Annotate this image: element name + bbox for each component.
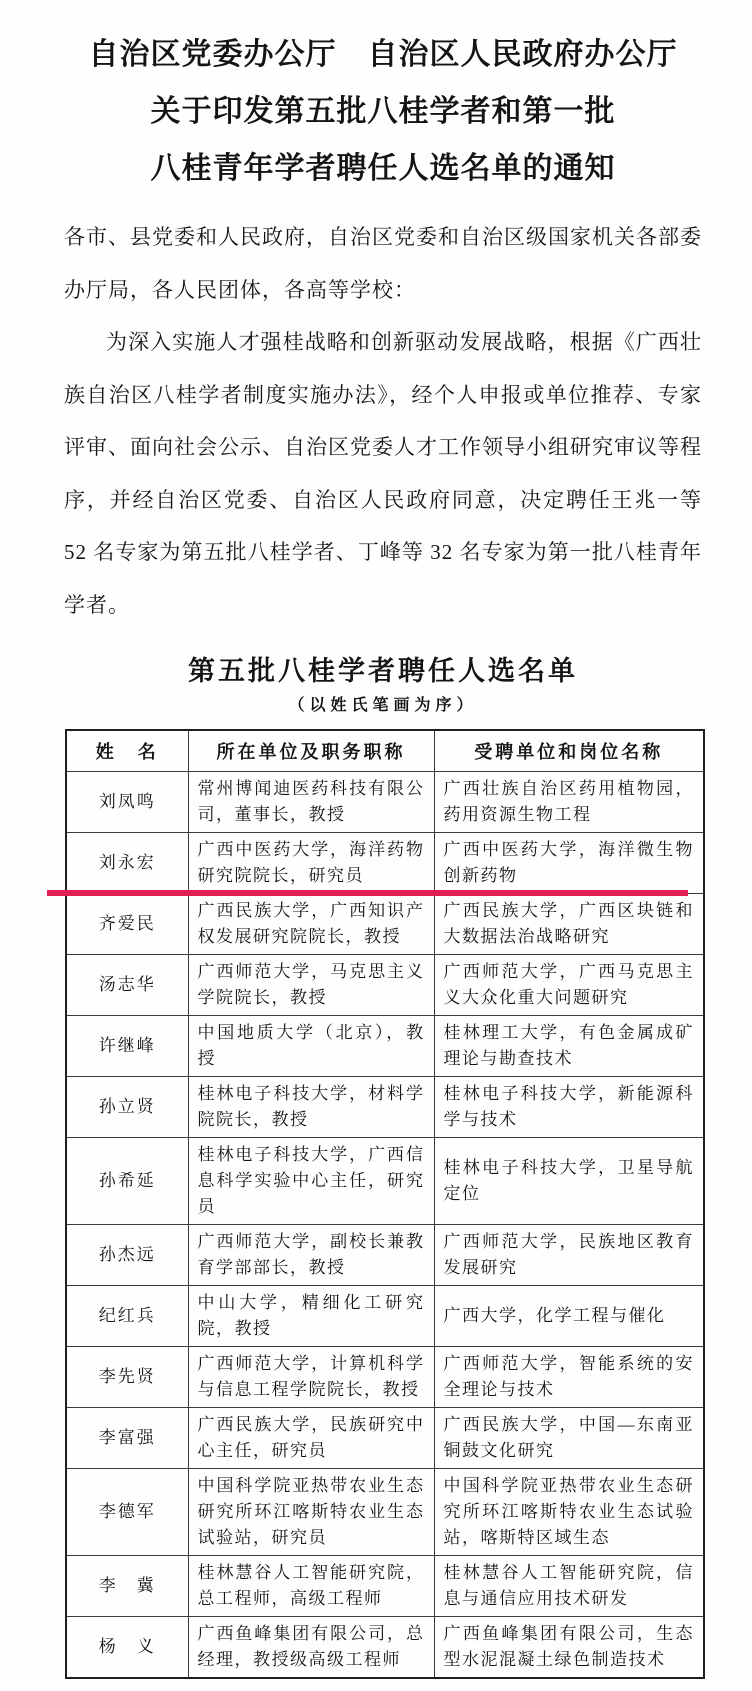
cell-unit: 常州博闻迪医药科技有限公司，董事长，教授 bbox=[188, 772, 434, 833]
table-row: 杨 义 广西鱼峰集团有限公司，总经理，教授级高级工程师 广西鱼峰集团有限公司，生… bbox=[66, 1617, 704, 1679]
document-page: 自治区党委办公厅 自治区人民政府办公厅 关于印发第五批八桂学者和第一批 八桂青年… bbox=[0, 0, 752, 1691]
cell-unit: 桂林电子科技大学，材料学院院长，教授 bbox=[188, 1077, 434, 1138]
cell-name: 李 冀 bbox=[66, 1556, 188, 1617]
cell-unit: 中山大学，精细化工研究院，教授 bbox=[188, 1286, 434, 1347]
cell-name: 孙立贤 bbox=[66, 1077, 188, 1138]
table-row: 刘凤鸣 常州博闻迪医药科技有限公司，董事长，教授 广西壮族自治区药用植物园，药用… bbox=[66, 772, 704, 833]
cell-name: 刘永宏 bbox=[66, 833, 188, 894]
salutation-paragraph: 各市、县党委和人民政府，自治区党委和自治区级国家机关各部委办厅局，各人民团体，各… bbox=[64, 211, 702, 316]
cell-post: 广西鱼峰集团有限公司，生态型水泥混凝土绿色制造技术 bbox=[434, 1617, 704, 1679]
cell-unit: 桂林电子科技大学，广西信息科学实验中心主任，研究员 bbox=[188, 1138, 434, 1225]
document-title: 自治区党委办公厅 自治区人民政府办公厅 关于印发第五批八桂学者和第一批 八桂青年… bbox=[64, 26, 702, 197]
cell-post: 桂林电子科技大学，卫星导航定位 bbox=[434, 1138, 704, 1225]
table-body: 刘凤鸣 常州博闻迪医药科技有限公司，董事长，教授 广西壮族自治区药用植物园，药用… bbox=[66, 772, 704, 1679]
cell-name: 孙杰远 bbox=[66, 1225, 188, 1286]
cell-post: 广西大学，化学工程与催化 bbox=[434, 1286, 704, 1347]
cell-name: 李富强 bbox=[66, 1408, 188, 1469]
main-paragraph: 为深入实施人才强桂战略和创新驱动发展战略，根据《广西壮族自治区八桂学者制度实施办… bbox=[64, 316, 702, 631]
roster-table-wrap: 姓 名 所在单位及职务职称 受聘单位和岗位名称 刘凤鸣 常州博闻迪医药科技有限公… bbox=[65, 729, 702, 1679]
cell-unit: 广西民族大学，广西知识产权发展研究院院长，教授 bbox=[188, 894, 434, 955]
table-row: 李先贤 广西师范大学，计算机科学与信息工程学院院长，教授 广西师范大学，智能系统… bbox=[66, 1347, 704, 1408]
cell-unit: 广西师范大学，马克思主义学院院长，教授 bbox=[188, 955, 434, 1016]
table-row: 李富强 广西民族大学，民族研究中心主任，研究员 广西民族大学，中国—东南亚铜鼓文… bbox=[66, 1408, 704, 1469]
table-row: 汤志华 广西师范大学，马克思主义学院院长，教授 广西师范大学，广西马克思主义大众… bbox=[66, 955, 704, 1016]
table-row: 孙杰远 广西师范大学，副校长兼教育学部部长，教授 广西师范大学，民族地区教育发展… bbox=[66, 1225, 704, 1286]
cell-name: 杨 义 bbox=[66, 1617, 188, 1679]
document-body: 各市、县党委和人民政府，自治区党委和自治区级国家机关各部委办厅局，各人民团体，各… bbox=[64, 211, 702, 631]
cell-name: 纪红兵 bbox=[66, 1286, 188, 1347]
table-row: 齐爱民 广西民族大学，广西知识产权发展研究院院长，教授 广西民族大学，广西区块链… bbox=[66, 894, 704, 955]
col-header-post: 受聘单位和岗位名称 bbox=[434, 730, 704, 772]
table-header-row: 姓 名 所在单位及职务职称 受聘单位和岗位名称 bbox=[66, 730, 704, 772]
cell-post: 广西师范大学，智能系统的安全理论与技术 bbox=[434, 1347, 704, 1408]
cell-name: 汤志华 bbox=[66, 955, 188, 1016]
cell-name: 许继峰 bbox=[66, 1016, 188, 1077]
cell-post: 桂林慧谷人工智能研究院，信息与通信应用技术研发 bbox=[434, 1556, 704, 1617]
title-line-1: 自治区党委办公厅 自治区人民政府办公厅 bbox=[64, 26, 702, 83]
cell-name: 李德军 bbox=[66, 1469, 188, 1556]
cell-post: 广西师范大学，广西马克思主义大众化重大问题研究 bbox=[434, 955, 704, 1016]
table-row: 李德军 中国科学院亚热带农业生态研究所环江喀斯特农业生态试验站，研究员 中国科学… bbox=[66, 1469, 704, 1556]
cell-post: 广西民族大学，中国—东南亚铜鼓文化研究 bbox=[434, 1408, 704, 1469]
roster-title: 第五批八桂学者聘任人选名单 bbox=[64, 649, 702, 688]
roster-subtitle: （以姓氏笔画为序） bbox=[64, 692, 702, 715]
table-row: 刘永宏 广西中医药大学，海洋药物研究院院长，研究员 广西中医药大学，海洋微生物创… bbox=[66, 833, 704, 894]
title-line-2: 关于印发第五批八桂学者和第一批 bbox=[64, 83, 702, 140]
table-row: 许继峰 中国地质大学（北京），教授 桂林理工大学，有色金属成矿理论与勘查技术 bbox=[66, 1016, 704, 1077]
col-header-unit: 所在单位及职务职称 bbox=[188, 730, 434, 772]
cell-unit: 中国地质大学（北京），教授 bbox=[188, 1016, 434, 1077]
cell-post: 广西中医药大学，海洋微生物创新药物 bbox=[434, 833, 704, 894]
cell-post: 广西民族大学，广西区块链和大数据法治战略研究 bbox=[434, 894, 704, 955]
cell-unit: 广西师范大学，副校长兼教育学部部长，教授 bbox=[188, 1225, 434, 1286]
cell-unit: 广西师范大学，计算机科学与信息工程学院院长，教授 bbox=[188, 1347, 434, 1408]
cell-post: 中国科学院亚热带农业生态研究所环江喀斯特农业生态试验站，喀斯特区域生态 bbox=[434, 1469, 704, 1556]
cell-unit: 广西鱼峰集团有限公司，总经理，教授级高级工程师 bbox=[188, 1617, 434, 1679]
cell-unit: 广西民族大学，民族研究中心主任，研究员 bbox=[188, 1408, 434, 1469]
cell-name: 李先贤 bbox=[66, 1347, 188, 1408]
cell-unit: 桂林慧谷人工智能研究院，总工程师，高级工程师 bbox=[188, 1556, 434, 1617]
cell-post: 广西壮族自治区药用植物园，药用资源生物工程 bbox=[434, 772, 704, 833]
table-row: 李 冀 桂林慧谷人工智能研究院，总工程师，高级工程师 桂林慧谷人工智能研究院，信… bbox=[66, 1556, 704, 1617]
cell-post: 桂林理工大学，有色金属成矿理论与勘查技术 bbox=[434, 1016, 704, 1077]
cell-post: 广西师范大学，民族地区教育发展研究 bbox=[434, 1225, 704, 1286]
cell-name: 齐爱民 bbox=[66, 894, 188, 955]
cell-name: 孙希延 bbox=[66, 1138, 188, 1225]
cell-unit: 广西中医药大学，海洋药物研究院院长，研究员 bbox=[188, 833, 434, 894]
table-row: 孙希延 桂林电子科技大学，广西信息科学实验中心主任，研究员 桂林电子科技大学，卫… bbox=[66, 1138, 704, 1225]
title-line-3: 八桂青年学者聘任人选名单的通知 bbox=[64, 140, 702, 197]
roster-table: 姓 名 所在单位及职务职称 受聘单位和岗位名称 刘凤鸣 常州博闻迪医药科技有限公… bbox=[65, 729, 705, 1679]
cell-name: 刘凤鸣 bbox=[66, 772, 188, 833]
table-row: 纪红兵 中山大学，精细化工研究院，教授 广西大学，化学工程与催化 bbox=[66, 1286, 704, 1347]
cell-unit: 中国科学院亚热带农业生态研究所环江喀斯特农业生态试验站，研究员 bbox=[188, 1469, 434, 1556]
table-row: 孙立贤 桂林电子科技大学，材料学院院长，教授 桂林电子科技大学，新能源科学与技术 bbox=[66, 1077, 704, 1138]
col-header-name: 姓 名 bbox=[66, 730, 188, 772]
cell-post: 桂林电子科技大学，新能源科学与技术 bbox=[434, 1077, 704, 1138]
